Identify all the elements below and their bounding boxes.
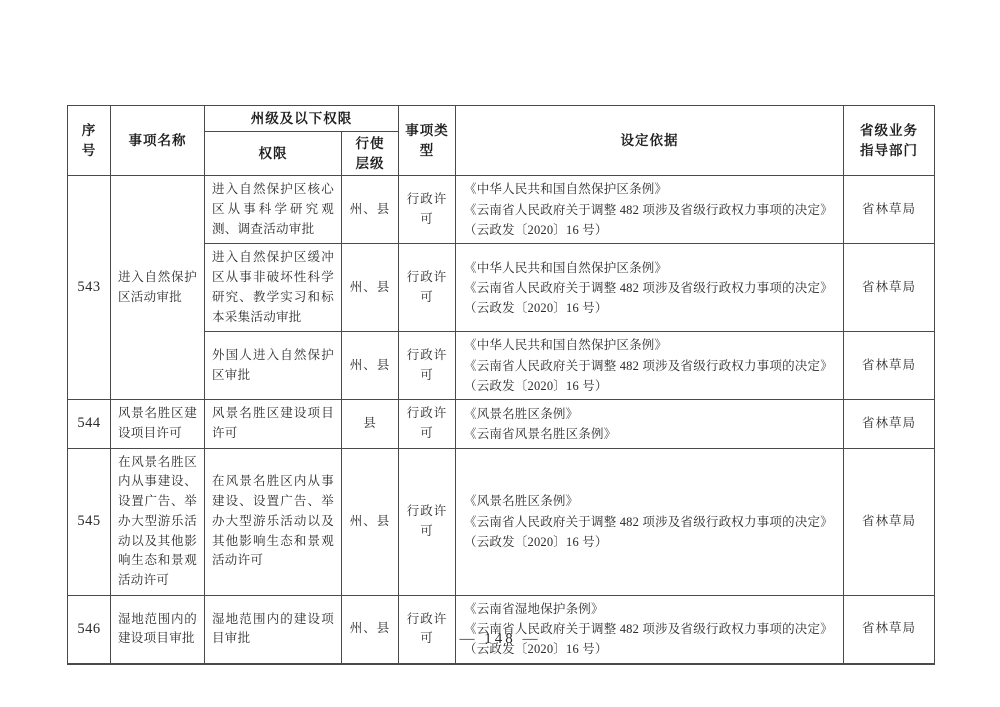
row-543-3-basis: 《中华人民共和国自然保护区条例》 《云南省人民政府关于调整 482 项涉及省级行…: [456, 332, 844, 400]
row-545-name: 在风景名胜区内从事建设、设置广告、举办大型游乐活动以及其他影响生态和景观活动许可: [111, 448, 205, 595]
row-543-3-type: 行政许可: [399, 332, 456, 400]
row-546-type: 行政许可: [399, 595, 456, 663]
row-543-seq: 543: [68, 176, 111, 400]
row-543-2-level: 州、县: [342, 244, 399, 332]
row-544-seq: 544: [68, 400, 111, 449]
table-row: 544 风景名胜区建设项目许可 风景名胜区建设项目许可 县 行政许可 《风景名胜…: [68, 400, 935, 449]
page-number: — 148 —: [0, 631, 1000, 648]
row-544-basis: 《风景名胜区条例》 《云南省风景名胜区条例》: [456, 400, 844, 449]
row-543-1-authority: 进入自然保护区核心区从事科学研究观测、调查活动审批: [205, 176, 342, 244]
row-545-seq: 545: [68, 448, 111, 595]
row-546-name: 湿地范围内的建设项目审批: [111, 595, 205, 663]
table-row: 546 湿地范围内的建设项目审批 湿地范围内的建设项目审批 州、县 行政许可 《…: [68, 595, 935, 663]
row-546-authority: 湿地范围内的建设项目审批: [205, 595, 342, 663]
header-legal-basis: 设定依据: [456, 106, 844, 176]
row-546-dept: 省林草局: [844, 595, 935, 663]
row-543-1-dept: 省林草局: [844, 176, 935, 244]
row-545-dept: 省林草局: [844, 448, 935, 595]
header-item-name: 事项名称: [111, 106, 205, 176]
row-543-1-type: 行政许可: [399, 176, 456, 244]
header-prefecture-group: 州级及以下权限: [205, 106, 399, 132]
table-header-row-1: 序 号 事项名称 州级及以下权限 事项类型 设定依据 省级业务 指导部门: [68, 106, 935, 132]
row-543-3-authority: 外国人进入自然保护区审批: [205, 332, 342, 400]
row-543-name: 进入自然保护区活动审批: [111, 176, 205, 400]
row-545-level: 州、县: [342, 448, 399, 595]
header-seq: 序 号: [68, 106, 111, 176]
document-page: 序 号 事项名称 州级及以下权限 事项类型 设定依据 省级业务 指导部门 权限 …: [0, 0, 1000, 707]
row-544-authority: 风景名胜区建设项目许可: [205, 400, 342, 449]
row-543-3-level: 州、县: [342, 332, 399, 400]
row-543-2-authority: 进入自然保护区缓冲区从事非破坏性科学研究、教学实习和标本采集活动审批: [205, 244, 342, 332]
header-authority: 权限: [205, 132, 342, 176]
table-row: 543 进入自然保护区活动审批 进入自然保护区核心区从事科学研究观测、调查活动审…: [68, 176, 935, 244]
table-row: 545 在风景名胜区内从事建设、设置广告、举办大型游乐活动以及其他影响生态和景观…: [68, 448, 935, 595]
row-543-1-level: 州、县: [342, 176, 399, 244]
row-546-seq: 546: [68, 595, 111, 663]
row-543-3-dept: 省林草局: [844, 332, 935, 400]
row-543-2-type: 行政许可: [399, 244, 456, 332]
row-543-2-basis: 《中华人民共和国自然保护区条例》 《云南省人民政府关于调整 482 项涉及省级行…: [456, 244, 844, 332]
row-543-2-dept: 省林草局: [844, 244, 935, 332]
row-546-basis: 《云南省湿地保护条例》 《云南省人民政府关于调整 482 项涉及省级行政权力事项…: [456, 595, 844, 663]
row-543-1-basis: 《中华人民共和国自然保护区条例》 《云南省人民政府关于调整 482 项涉及省级行…: [456, 176, 844, 244]
row-546-level: 州、县: [342, 595, 399, 663]
authority-items-table: 序 号 事项名称 州级及以下权限 事项类型 设定依据 省级业务 指导部门 权限 …: [67, 105, 935, 665]
row-545-authority: 在风景名胜区内从事建设、设置广告、举办大型游乐活动以及其他影响生态和景观活动许可: [205, 448, 342, 595]
row-545-basis: 《风景名胜区条例》 《云南省人民政府关于调整 482 项涉及省级行政权力事项的决…: [456, 448, 844, 595]
header-item-type: 事项类型: [399, 106, 456, 176]
row-544-name: 风景名胜区建设项目许可: [111, 400, 205, 449]
header-guidance-dept: 省级业务 指导部门: [844, 106, 935, 176]
row-544-dept: 省林草局: [844, 400, 935, 449]
header-exercise-level: 行使 层级: [342, 132, 399, 176]
row-544-type: 行政许可: [399, 400, 456, 449]
row-545-type: 行政许可: [399, 448, 456, 595]
row-544-level: 县: [342, 400, 399, 449]
